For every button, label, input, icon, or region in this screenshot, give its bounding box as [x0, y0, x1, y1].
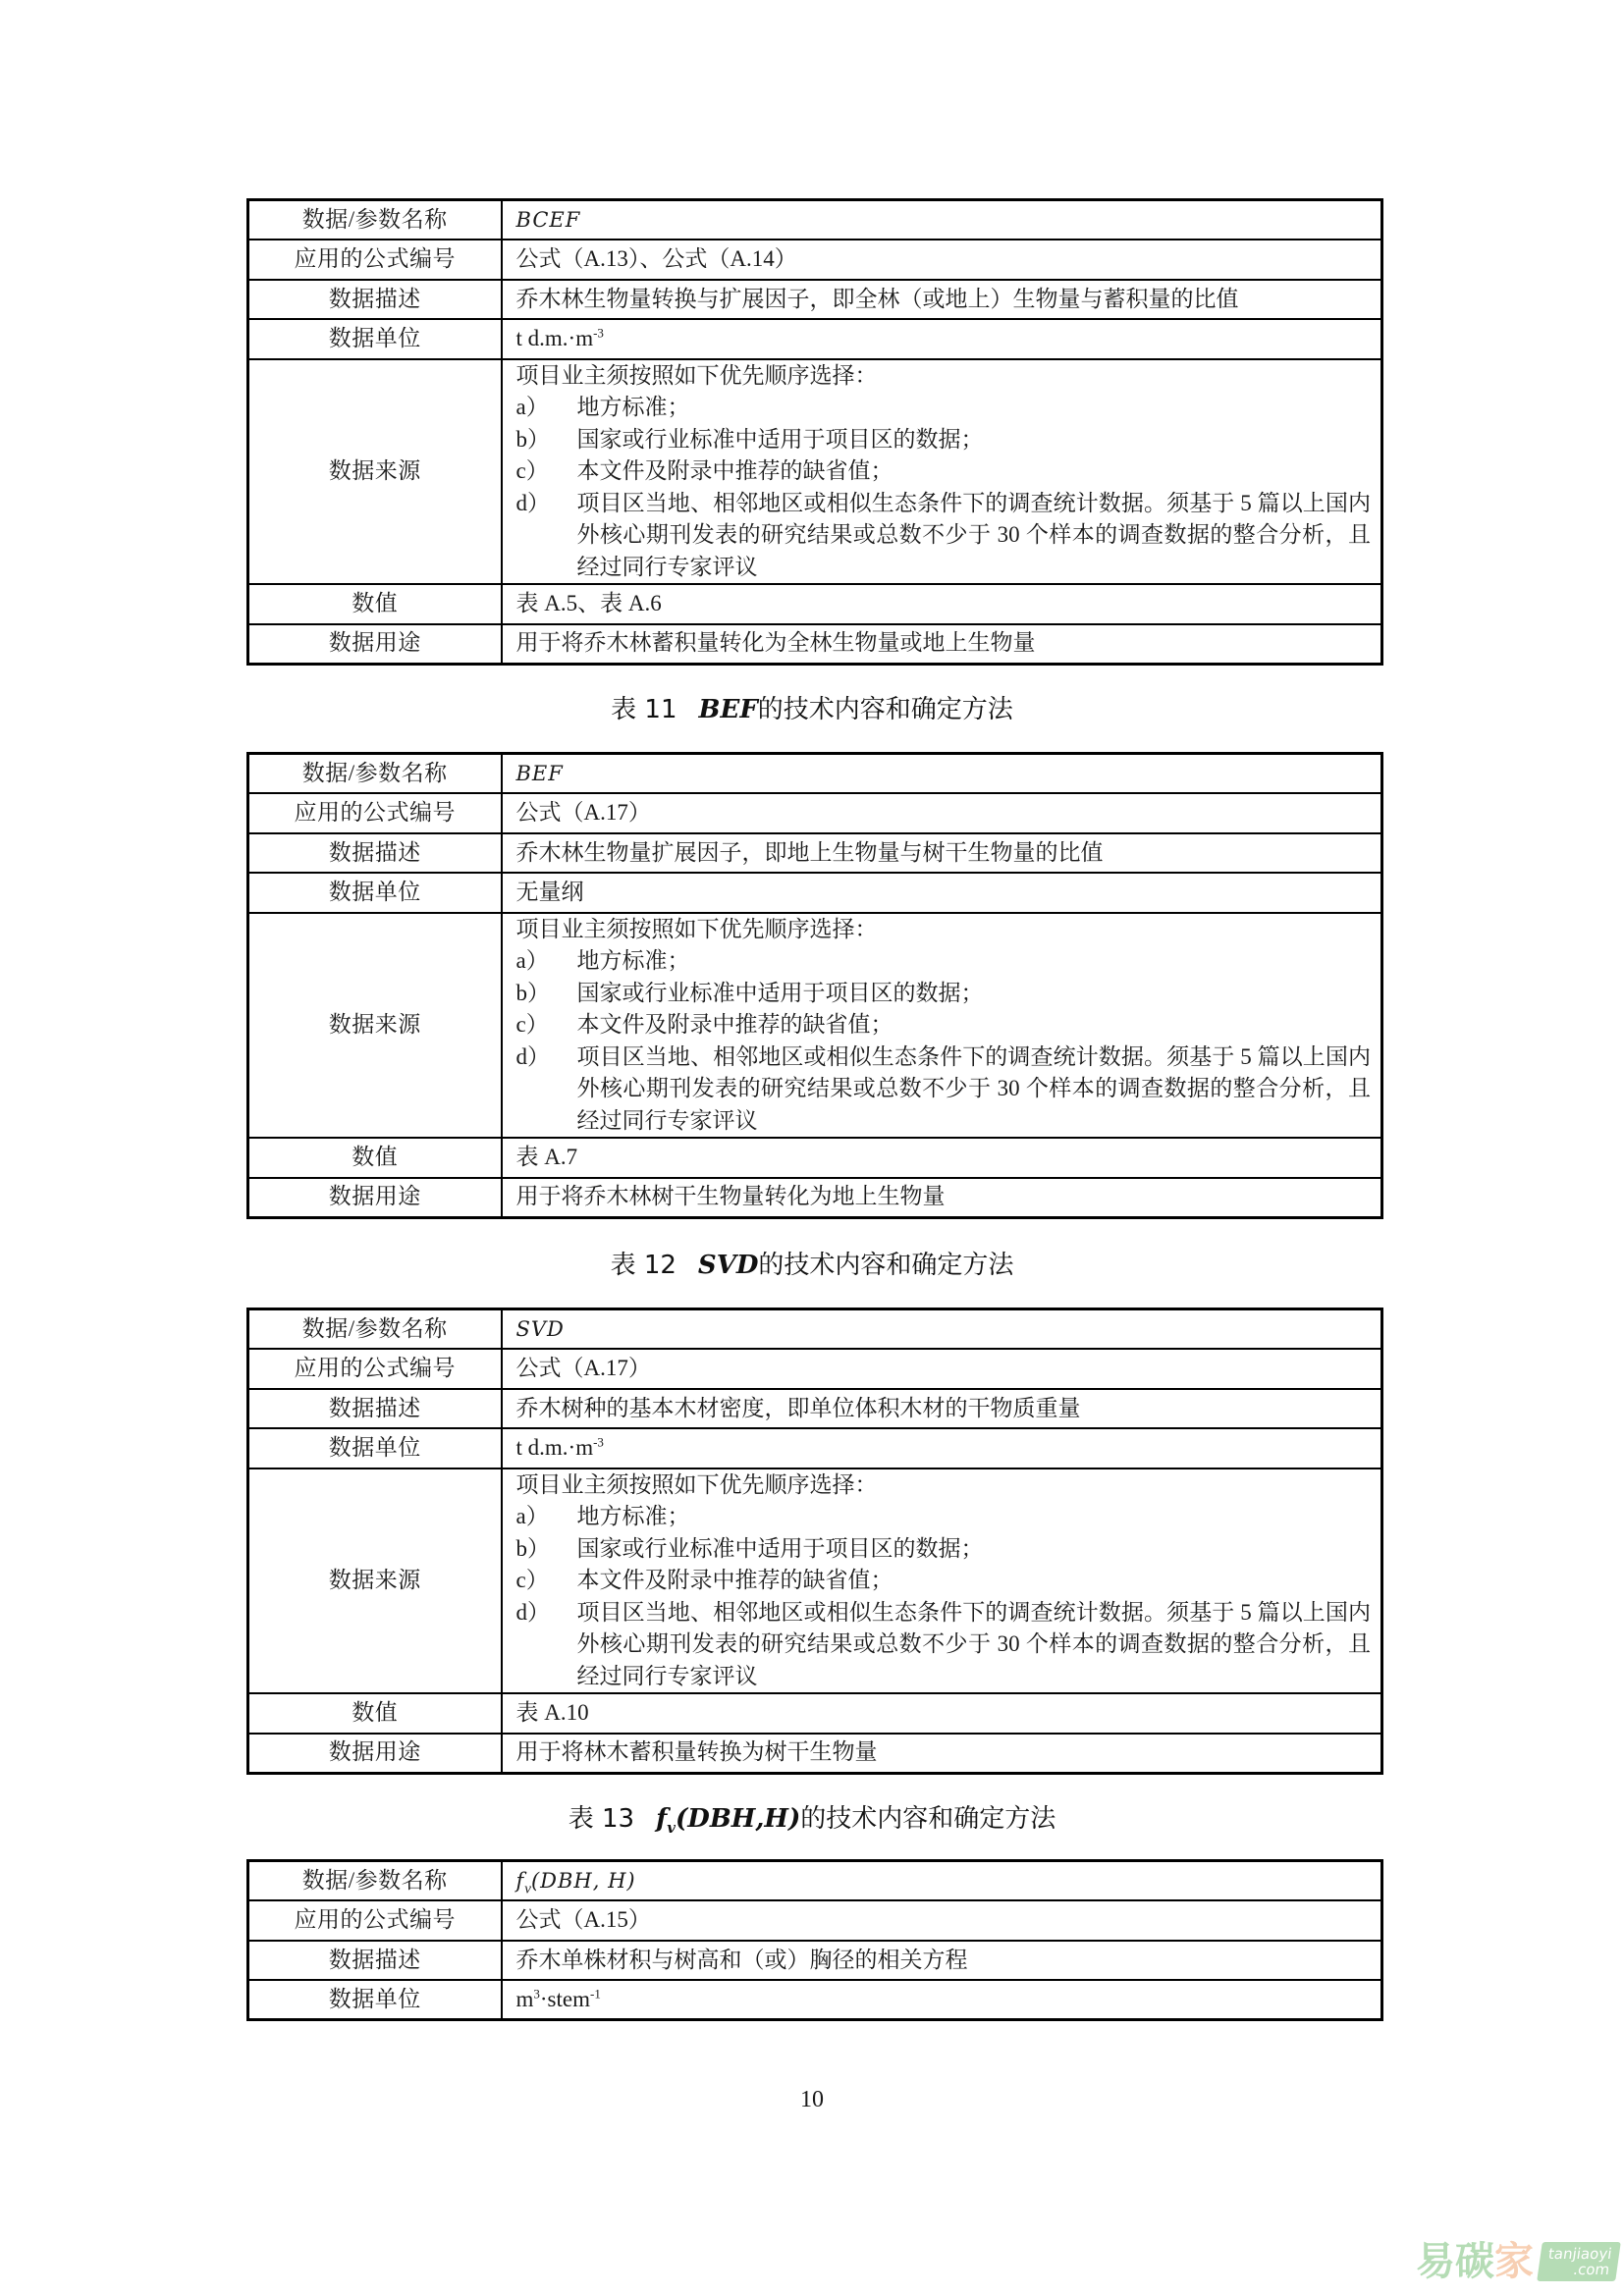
row-label: 数据单位	[248, 1980, 502, 2020]
row-label: 数值	[248, 1693, 502, 1734]
table-11-caption: 表 11BEF的技术内容和确定方法	[0, 693, 1624, 726]
table-row: 数据单位 无量纲	[248, 873, 1382, 913]
table-row: 应用的公式编号 公式（A.13）、公式（A.14）	[248, 240, 1382, 280]
table-row: 数据单位 m3·stem-1	[248, 1980, 1382, 2020]
formula-value: 公式（A.17）	[502, 1349, 1382, 1389]
table-row: 数据描述 乔木林生物量扩展因子，即地上生物量与树干生物量的比值	[248, 833, 1382, 874]
table-row: 数据描述 乔木林生物量转换与扩展因子，即全林（或地上）生物量与蓄积量的比值	[248, 280, 1382, 320]
source-value: 项目业主须按照如下优先顺序选择： a）地方标准； b）国家或行业标准中适用于项目…	[502, 913, 1382, 1139]
description-value: 乔木林生物量转换与扩展因子，即全林（或地上）生物量与蓄积量的比值	[502, 280, 1382, 320]
row-label: 应用的公式编号	[248, 793, 502, 833]
row-label: 数据单位	[248, 1428, 502, 1468]
formula-value: 公式（A.13）、公式（A.14）	[502, 240, 1382, 280]
value-reference: 表 A.5、表 A.6	[502, 584, 1382, 624]
table-row: 数据用途 用于将乔木林树干生物量转化为地上生物量	[248, 1178, 1382, 1218]
row-label: 数据用途	[248, 1178, 502, 1218]
svd-parameter-table: 数据/参数名称 SVD 应用的公式编号 公式（A.17） 数据描述 乔木树种的基…	[246, 1308, 1383, 1775]
parameter-name-value: BCEF	[502, 200, 1382, 240]
parameter-name-value: BEF	[502, 754, 1382, 794]
page-number: 10	[0, 2087, 1624, 2113]
table-row: 数据来源 项目业主须按照如下优先顺序选择： a）地方标准； b）国家或行业标准中…	[248, 359, 1382, 585]
row-label: 应用的公式编号	[248, 1349, 502, 1389]
watermark-char: 家	[1494, 2240, 1534, 2283]
table-row: 数据/参数名称 fv(DBH, H)	[248, 1861, 1382, 1901]
table-row: 数值 表 A.5、表 A.6	[248, 584, 1382, 624]
row-label: 数据/参数名称	[248, 200, 502, 240]
table-row: 数据描述 乔木单株材积与树高和（或）胸径的相关方程	[248, 1941, 1382, 1981]
table-row: 数据单位 t d.m.·m-3	[248, 319, 1382, 359]
description-value: 乔木树种的基本木材密度，即单位体积木材的干物质重量	[502, 1389, 1382, 1429]
row-label: 数据/参数名称	[248, 1309, 502, 1350]
formula-value: 公式（A.15）	[502, 1900, 1382, 1941]
usage-value: 用于将林木蓄积量转换为树干生物量	[502, 1734, 1382, 1774]
table-row: 数据描述 乔木树种的基本木材密度，即单位体积木材的干物质重量	[248, 1389, 1382, 1429]
table-13-caption: 表 13fv(DBH,H)的技术内容和确定方法	[0, 1802, 1624, 1836]
watermark-domain-badge: tanjiaoyi .com	[1537, 2242, 1621, 2281]
row-label: 数值	[248, 1138, 502, 1178]
value-reference: 表 A.7	[502, 1138, 1382, 1178]
row-label: 数值	[248, 584, 502, 624]
table-row: 数据来源 项目业主须按照如下优先顺序选择： a）地方标准； b）国家或行业标准中…	[248, 1468, 1382, 1694]
source-value: 项目业主须按照如下优先顺序选择： a）地方标准； b）国家或行业标准中适用于项目…	[502, 359, 1382, 585]
table-12-caption: 表 12SVD的技术内容和确定方法	[0, 1249, 1624, 1282]
table-row: 应用的公式编号 公式（A.17）	[248, 1349, 1382, 1389]
watermark-char: 易	[1416, 2240, 1455, 2283]
row-label: 数据描述	[248, 833, 502, 874]
description-value: 乔木单株材积与树高和（或）胸径的相关方程	[502, 1941, 1382, 1981]
row-label: 数据描述	[248, 1389, 502, 1429]
source-value: 项目业主须按照如下优先顺序选择： a）地方标准； b）国家或行业标准中适用于项目…	[502, 1468, 1382, 1694]
row-label: 数据来源	[248, 359, 502, 585]
unit-value: m3·stem-1	[502, 1980, 1382, 2020]
bcef-parameter-table: 数据/参数名称 BCEF 应用的公式编号 公式（A.13）、公式（A.14） 数…	[246, 198, 1383, 666]
unit-value: t d.m.·m-3	[502, 1428, 1382, 1468]
table-row: 数据用途 用于将乔木林蓄积量转化为全林生物量或地上生物量	[248, 624, 1382, 665]
table-row: 数据/参数名称 BEF	[248, 754, 1382, 794]
table-row: 数据/参数名称 BCEF	[248, 200, 1382, 240]
row-label: 数据单位	[248, 319, 502, 359]
unit-value: t d.m.·m-3	[502, 319, 1382, 359]
row-label: 数据用途	[248, 1734, 502, 1774]
usage-value: 用于将乔木林树干生物量转化为地上生物量	[502, 1178, 1382, 1218]
table-row: 数据单位 t d.m.·m-3	[248, 1428, 1382, 1468]
row-label: 数据来源	[248, 1468, 502, 1694]
table-row: 数值 表 A.10	[248, 1693, 1382, 1734]
row-label: 数据/参数名称	[248, 1861, 502, 1901]
row-label: 数据单位	[248, 873, 502, 913]
row-label: 数据描述	[248, 1941, 502, 1981]
table-row: 数值 表 A.7	[248, 1138, 1382, 1178]
table-row: 数据来源 项目业主须按照如下优先顺序选择： a）地方标准； b）国家或行业标准中…	[248, 913, 1382, 1139]
description-value: 乔木林生物量扩展因子，即地上生物量与树干生物量的比值	[502, 833, 1382, 874]
formula-value: 公式（A.17）	[502, 793, 1382, 833]
row-label: 应用的公式编号	[248, 1900, 502, 1941]
table-row: 应用的公式编号 公式（A.15）	[248, 1900, 1382, 1941]
row-label: 数据用途	[248, 624, 502, 665]
fv-dbh-h-parameter-table: 数据/参数名称 fv(DBH, H) 应用的公式编号 公式（A.15） 数据描述…	[246, 1859, 1383, 2021]
row-label: 应用的公式编号	[248, 240, 502, 280]
parameter-name-value: SVD	[502, 1309, 1382, 1350]
watermark-char: 碳	[1455, 2240, 1494, 2283]
value-reference: 表 A.10	[502, 1693, 1382, 1734]
row-label: 数据来源	[248, 913, 502, 1139]
table-row: 应用的公式编号 公式（A.17）	[248, 793, 1382, 833]
table-row: 数据用途 用于将林木蓄积量转换为树干生物量	[248, 1734, 1382, 1774]
unit-value: 无量纲	[502, 873, 1382, 913]
row-label: 数据/参数名称	[248, 754, 502, 794]
bef-parameter-table: 数据/参数名称 BEF 应用的公式编号 公式（A.17） 数据描述 乔木林生物量…	[246, 752, 1383, 1219]
table-row: 数据/参数名称 SVD	[248, 1309, 1382, 1350]
parameter-name-value: fv(DBH, H)	[502, 1861, 1382, 1901]
site-watermark-logo: 易 碳 家 tanjiaoyi .com	[1416, 2240, 1618, 2283]
usage-value: 用于将乔木林蓄积量转化为全林生物量或地上生物量	[502, 624, 1382, 665]
row-label: 数据描述	[248, 280, 502, 320]
